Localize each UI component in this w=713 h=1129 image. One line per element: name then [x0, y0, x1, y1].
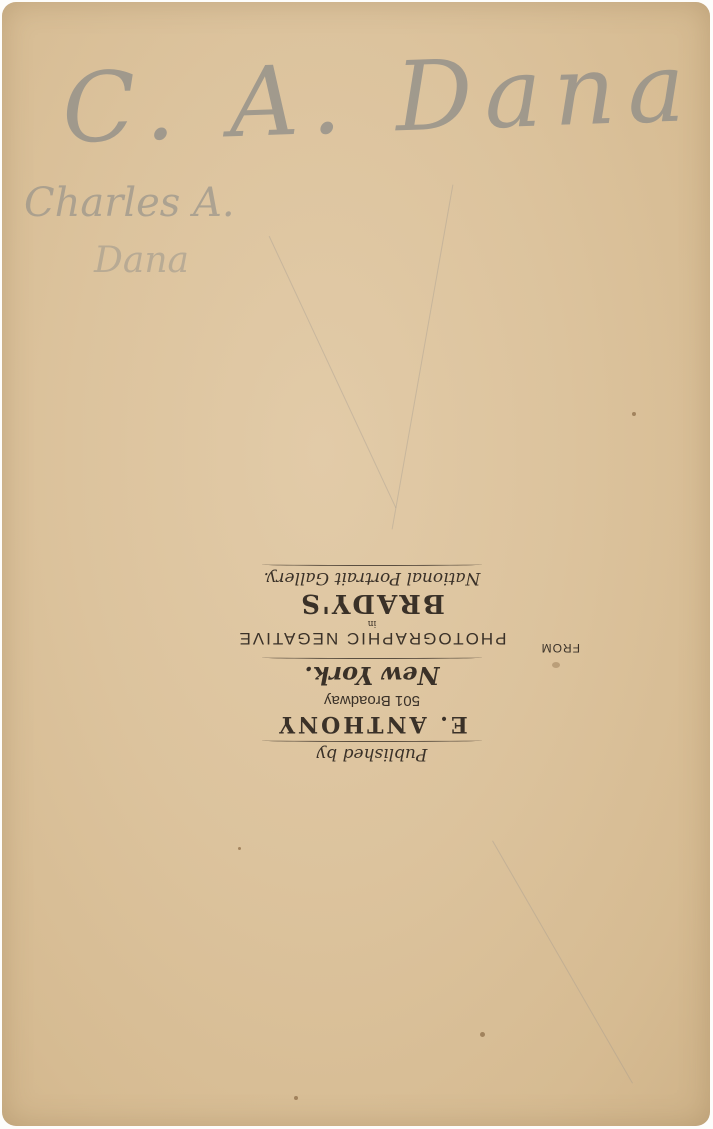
flourish	[262, 563, 482, 566]
handwritten-last-name: Dana	[94, 240, 189, 281]
flourish	[262, 739, 482, 742]
handwritten-first-name: Charles A.	[24, 180, 235, 226]
from-text: FROM	[541, 641, 580, 655]
flourish	[262, 656, 482, 659]
publisher-address: 501 Broadway	[202, 692, 542, 709]
published-by-text: Published by	[202, 744, 542, 764]
publisher-stamp: Published by E. ANTHONY 501 Broadway New…	[202, 472, 542, 782]
pencil-mark	[492, 841, 633, 1084]
handwritten-name: C. A. Dana	[60, 31, 698, 165]
in-text: in	[202, 618, 542, 628]
publisher-city: New York.	[202, 661, 542, 690]
stain-spot	[632, 412, 636, 416]
gallery-name: National Portrait Gallery.	[202, 568, 542, 588]
stain-spot	[238, 847, 241, 850]
stain-spot	[294, 1096, 298, 1100]
stain-spot	[480, 1032, 485, 1037]
publisher-name: E. ANTHONY	[202, 711, 542, 737]
studio-name: BRADY'S	[202, 588, 542, 618]
pencil-mark	[269, 236, 397, 508]
stain-spot	[552, 662, 560, 668]
negative-text: PHOTOGRAPHIC NEGATIVE	[202, 628, 542, 648]
photo-card-back: C. A. Dana Charles A. Dana Published by …	[2, 2, 710, 1126]
